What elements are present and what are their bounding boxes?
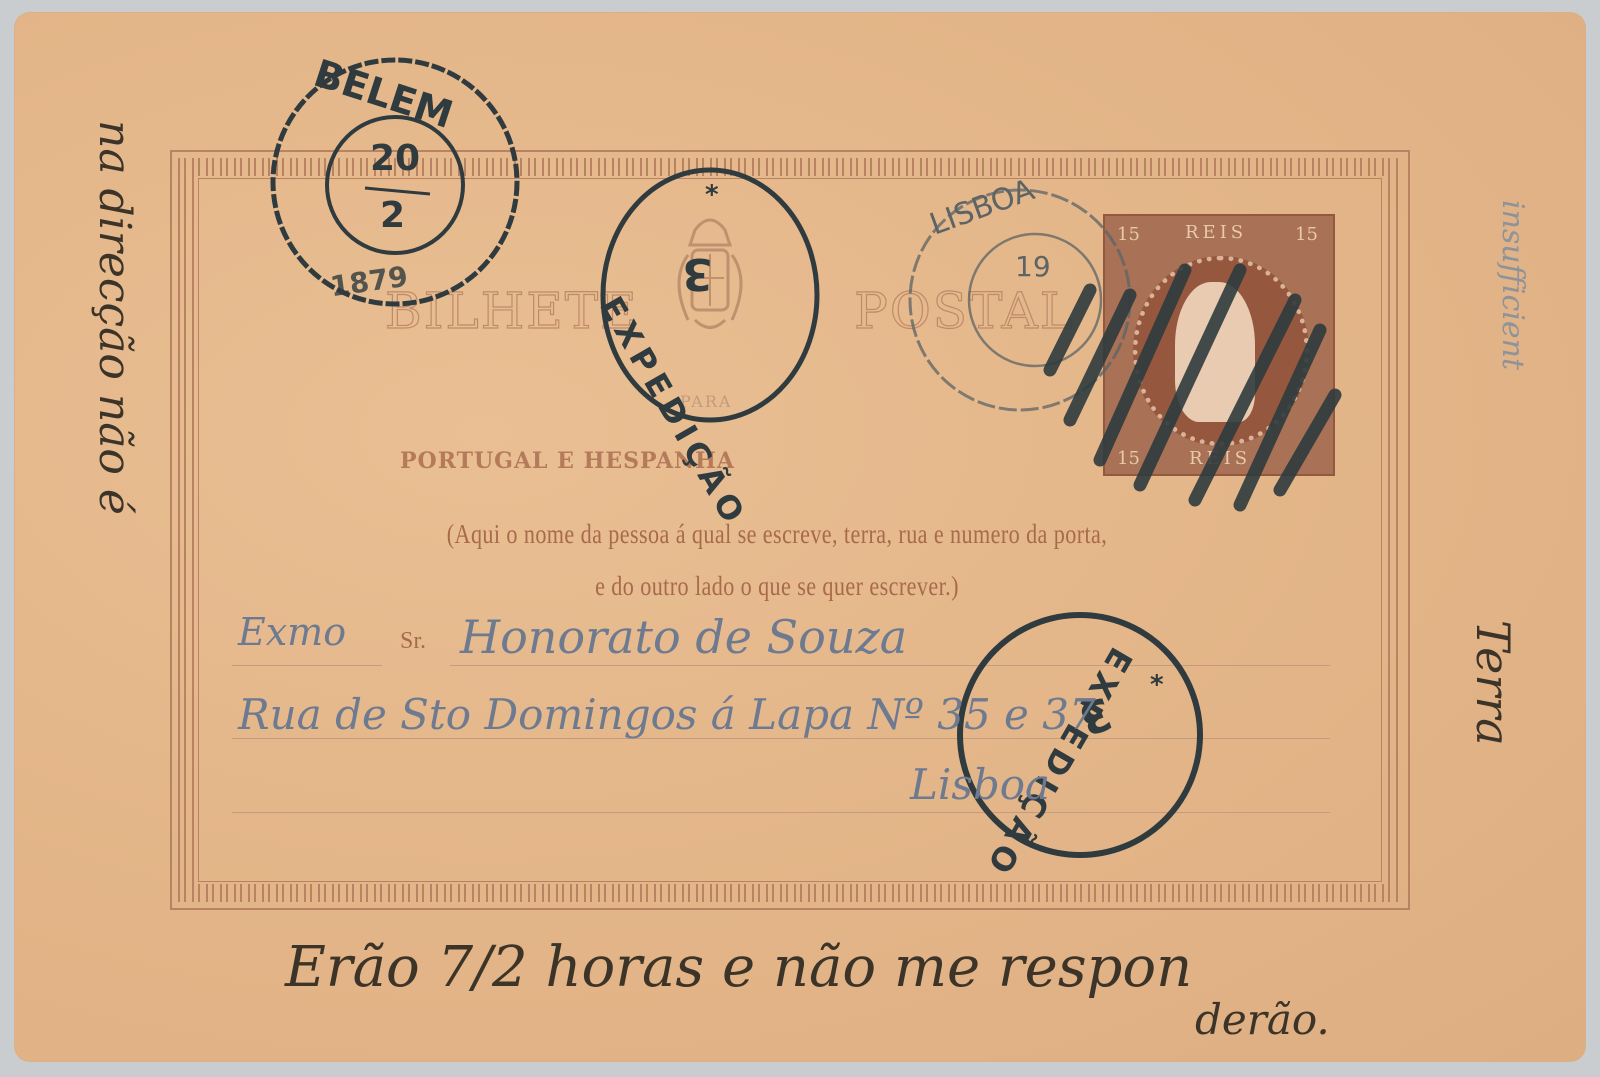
handwritten-left-margin: na direcção não é [89,120,140,515]
barred-cancel [1050,270,1335,505]
handwritten-city: Lisboa [910,760,1050,809]
expedicao-round-star: * [1150,670,1164,700]
belem-day: 20 [370,138,420,179]
lisboa-day: 19 [1015,250,1051,283]
expedicao-oval-number: 3 [682,248,713,299]
handwritten-bottom-line-1: Erão 7/2 horas e não me respon [285,935,1192,1000]
postmarks-layer [0,0,1600,1077]
handwritten-bottom-line-2: derão. [1195,995,1330,1044]
handwritten-right-margin: Terra [1466,620,1520,746]
pencil-note: insufficient [1495,200,1530,370]
expedicao-oval-star: * [705,180,719,210]
handwritten-title: Exmo [238,610,346,654]
belem-month: 2 [380,195,405,236]
handwritten-street: Rua de Sto Domingos á Lapa Nº 35 e 37 [238,690,1096,739]
handwritten-name: Honorato de Souza [460,610,907,664]
